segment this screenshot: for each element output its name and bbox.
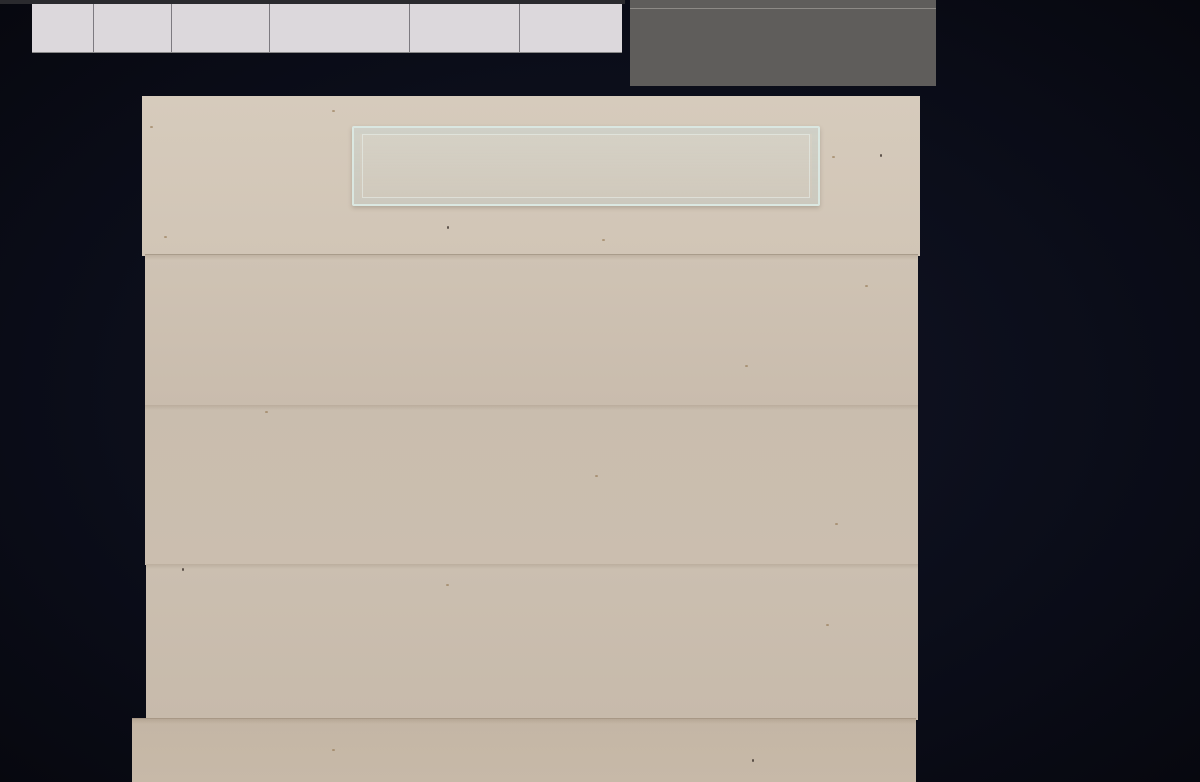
color-calibration-chart bbox=[630, 0, 936, 86]
chart-brand-row bbox=[634, 10, 934, 24]
glass-paperweight bbox=[352, 126, 820, 206]
archive-viewer bbox=[0, 0, 1200, 782]
document-panel-2 bbox=[145, 405, 918, 565]
calligraphy-line-1 bbox=[177, 272, 813, 304]
document-bottom-panel bbox=[132, 718, 916, 782]
title-cell bbox=[94, 4, 172, 52]
document-top-panel bbox=[142, 96, 920, 256]
size-cell bbox=[520, 4, 622, 52]
calligraphy-line-5 bbox=[180, 590, 816, 622]
calligraphy-line-4 bbox=[179, 505, 813, 537]
author-cell bbox=[172, 4, 270, 52]
calligraphy-document bbox=[140, 96, 920, 782]
document-panel-1 bbox=[145, 254, 918, 406]
color-patches bbox=[634, 32, 936, 84]
metadata-table bbox=[32, 4, 622, 52]
recipient-cell bbox=[270, 4, 410, 52]
material-cell bbox=[410, 4, 520, 52]
chart-labels bbox=[632, 24, 936, 32]
calligraphy-line-2 bbox=[177, 344, 813, 376]
document-panel-3 bbox=[146, 564, 918, 720]
centimeter-ruler bbox=[630, 0, 936, 9]
item-id-cell bbox=[32, 4, 94, 52]
calligraphy-line-6 bbox=[180, 664, 816, 696]
calligraphy-line-3 bbox=[179, 435, 813, 467]
